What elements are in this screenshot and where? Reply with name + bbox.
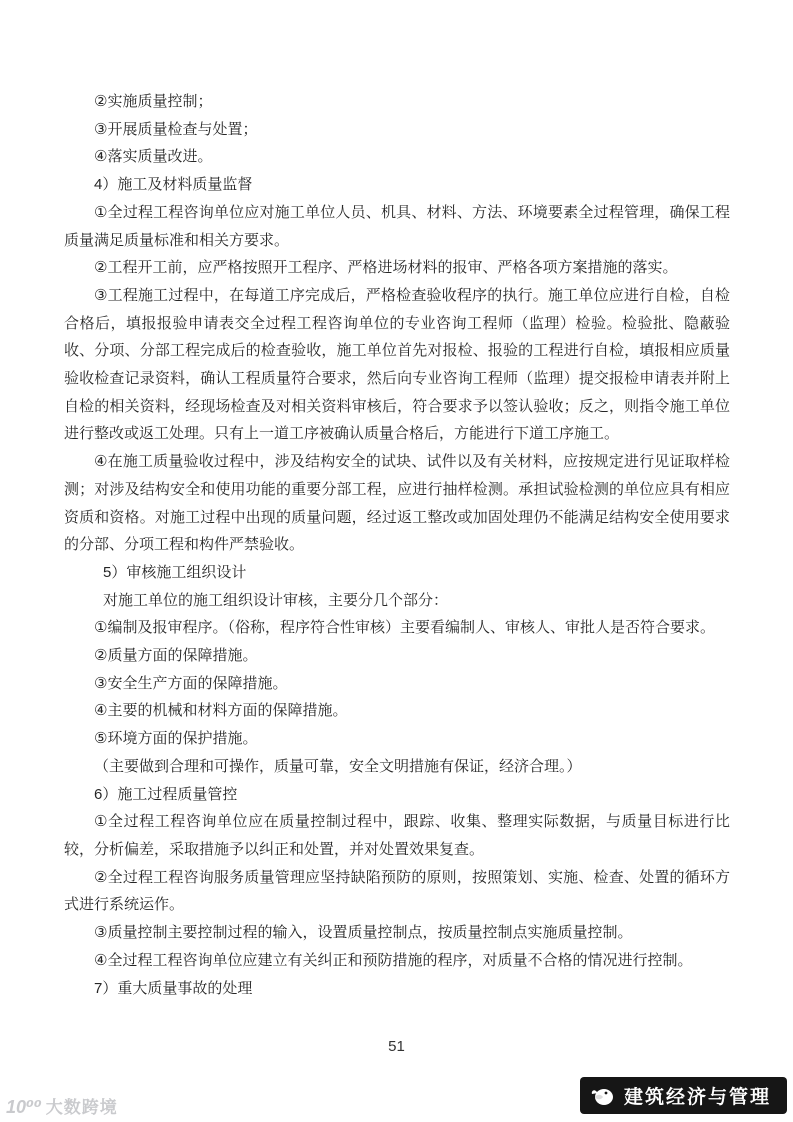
paragraph: ②质量方面的保障措施。 (64, 642, 730, 670)
paragraph: ②实施质量控制； (64, 88, 730, 116)
brand-badge: 建筑经济与管理 (580, 1077, 787, 1114)
section-heading: 4）施工及材料质量监督 (64, 171, 730, 199)
paragraph: ③工程施工过程中，在每道工序完成后，严格检查验收程序的执行。施工单位应进行自检，… (64, 282, 730, 448)
brand-badge-label: 建筑经济与管理 (624, 1082, 771, 1109)
paragraph: ②工程开工前，应严格按照开工程序、严格进场材料的报审、严格各项方案措施的落实。 (64, 254, 730, 282)
paragraph: 对施工单位的施工组织设计审核，主要分几个部分： (64, 587, 730, 615)
document-body: ②实施质量控制； ③开展质量检查与处置； ④落实质量改进。 4）施工及材料质量监… (64, 88, 730, 1002)
watermark-text: 大数跨境 (46, 1093, 118, 1118)
paragraph: ⑤环境方面的保护措施。 (64, 725, 730, 753)
paragraph: ①全过程工程咨询单位应在质量控制过程中，跟踪、收集、整理实际数据，与质量目标进行… (64, 808, 730, 863)
paragraph: ④落实质量改进。 (64, 143, 730, 171)
paragraph: ③开展质量检查与处置； (64, 116, 730, 144)
section-heading: 6）施工过程质量管控 (64, 781, 730, 809)
watermark-daishu: 10⁰⁰ 大数跨境 (6, 1093, 118, 1118)
paragraph: ②全过程工程咨询服务质量管理应坚持缺陷预防的原则，按照策划、实施、检查、处置的循… (64, 864, 730, 919)
paragraph: （主要做到合理和可操作，质量可靠，安全文明措施有保证，经济合理。） (64, 753, 730, 781)
document-page: ②实施质量控制； ③开展质量检查与处置； ④落实质量改进。 4）施工及材料质量监… (0, 0, 793, 1122)
page-number: 51 (0, 1038, 793, 1055)
paragraph: ①全过程工程咨询单位应对施工单位人员、机具、材料、方法、环境要素全过程管理，确保… (64, 199, 730, 254)
daishu-logo-icon: 10⁰⁰ (6, 1097, 42, 1118)
paragraph: ④在施工质量验收过程中，涉及结构安全的试块、试件以及有关材料，应按规定进行见证取… (64, 448, 730, 559)
paragraph: ③安全生产方面的保障措施。 (64, 670, 730, 698)
section-heading: 5）审核施工组织设计 (64, 559, 730, 587)
paragraph: ③质量控制主要控制过程的输入，设置质量控制点，按质量控制点实施质量控制。 (64, 919, 730, 947)
paragraph: ④全过程工程咨询单位应建立有关纠正和预防措施的程序，对质量不合格的情况进行控制。 (64, 947, 730, 975)
paragraph: ①编制及报审程序。（俗称，程序符合性审核）主要看编制人、审核人、审批人是否符合要… (64, 614, 730, 642)
section-heading: 7）重大质量事故的处理 (64, 975, 730, 1003)
bird-icon (590, 1085, 616, 1107)
paragraph: ④主要的机械和材料方面的保障措施。 (64, 697, 730, 725)
